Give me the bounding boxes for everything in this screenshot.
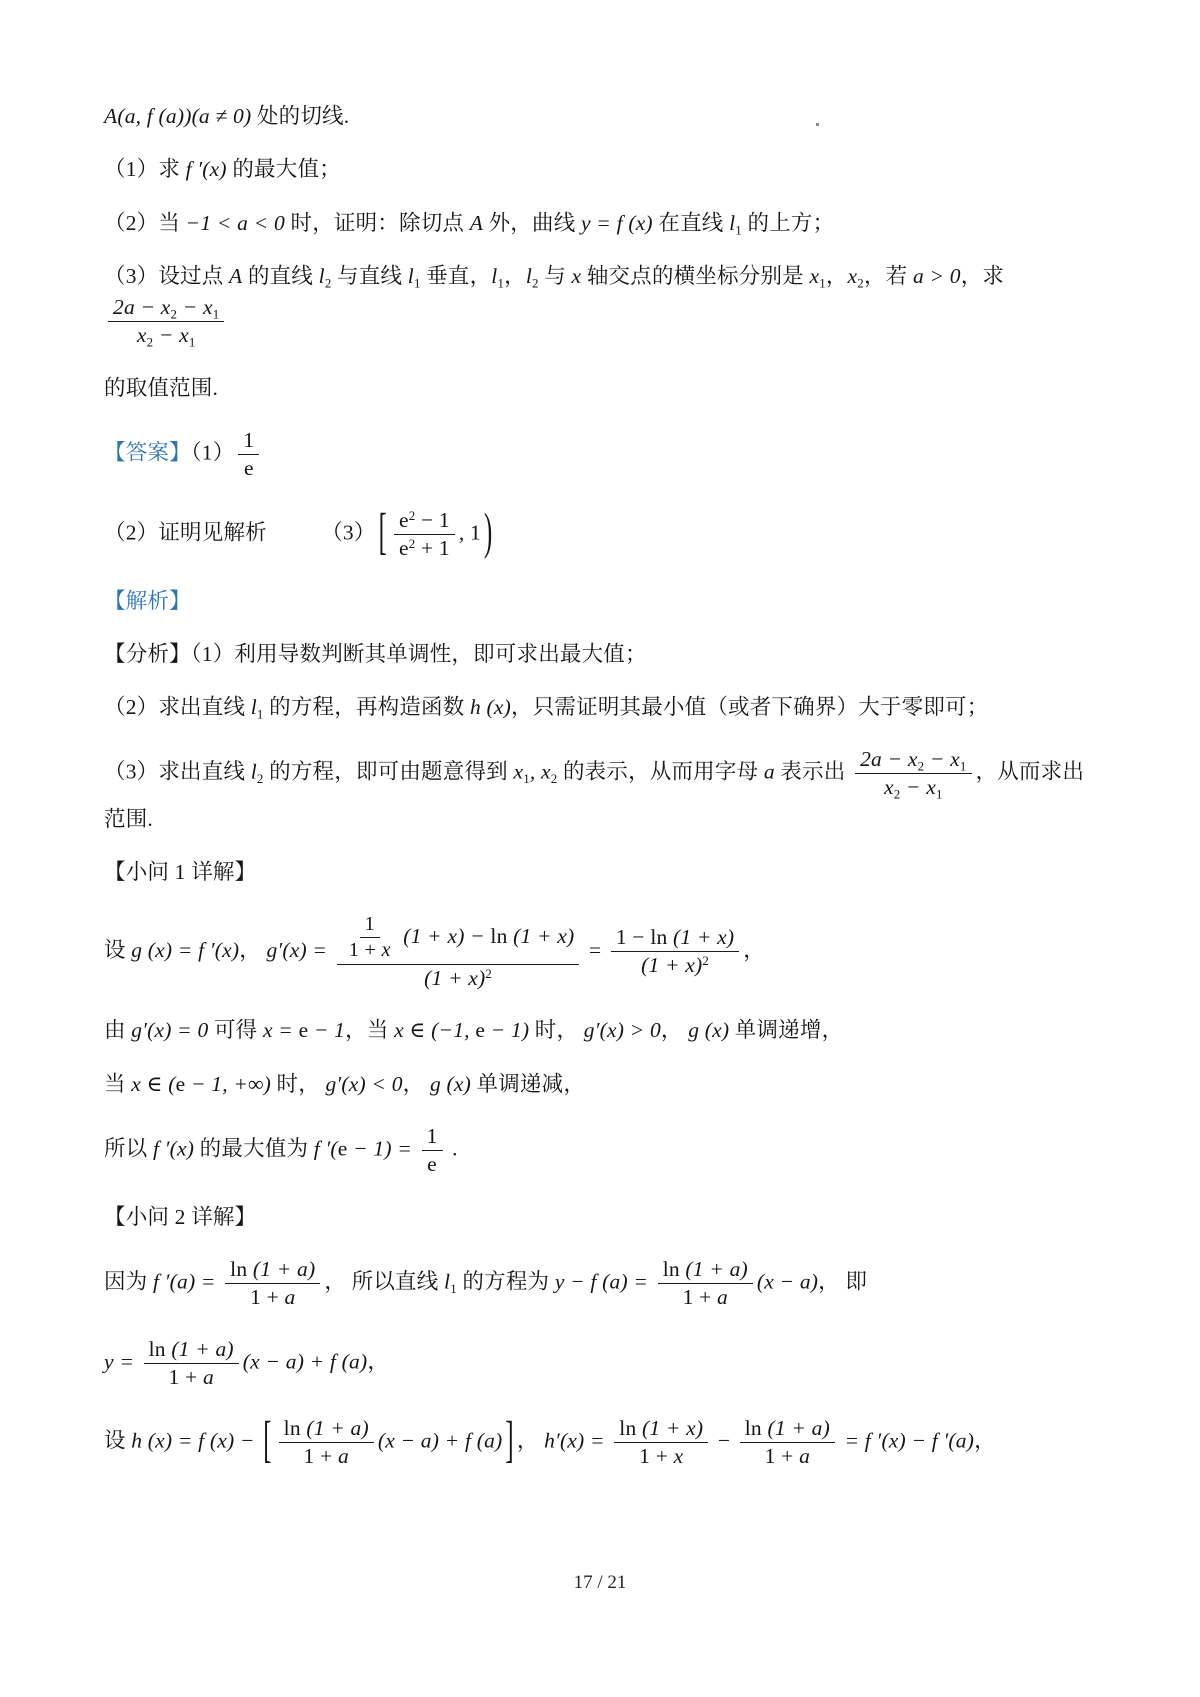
fraction-denominator: (1 + x)2: [636, 952, 714, 979]
page-number: 17 / 21: [0, 1572, 1200, 1594]
math-run: − 1, +∞): [185, 1072, 271, 1096]
text-run: ，: [504, 264, 526, 288]
fraction-numerator: ln (1 + a): [740, 1415, 835, 1443]
page: { "colors": { "accent_blue": "#2e74b5", …: [0, 0, 1200, 1697]
math-run: y − f (a) =: [555, 1269, 654, 1293]
math-run: x ∈ (−1,: [394, 1018, 475, 1042]
math-run: a: [717, 1285, 728, 1309]
subscript: 1: [819, 276, 826, 290]
text-run: ，当: [345, 1018, 394, 1042]
math-run: (1 + a): [306, 1416, 368, 1440]
text-run: （2）证明见解析: [104, 520, 267, 544]
math-run: (1 + a): [253, 1257, 315, 1281]
fraction-numerator: 11 + x (1 + x) − ln (1 + x): [337, 912, 580, 965]
fraction: ln (1 + a)1 + a: [658, 1256, 753, 1311]
text-run: 外，曲线: [483, 211, 581, 235]
text-run: （2）当: [104, 211, 186, 235]
math-run: x =: [263, 1018, 299, 1042]
fraction-numerator: ln (1 + a): [279, 1415, 374, 1443]
text-run: 【分析】（1）利用导数判断其单调性，即可求出最大值；: [104, 642, 647, 666]
math-run: a: [203, 1365, 214, 1389]
math-run: , 1: [459, 520, 481, 544]
math-run: (1 + x): [642, 1416, 703, 1440]
superscript: 2: [485, 966, 492, 980]
text-run: （1）: [191, 440, 235, 464]
math-run: .: [447, 1136, 458, 1160]
analysis-point-2: （2）求出直线 l1 的方程，再构造函数 h (x)，只需证明其最小值（或者下确…: [104, 691, 1100, 723]
math-run: g (x): [430, 1072, 471, 1096]
math-run: (1 + x): [641, 953, 702, 977]
math-run: 1 +: [250, 1285, 284, 1309]
math-run: 1 +: [639, 1444, 673, 1468]
text-run: 表示出: [775, 760, 851, 784]
text-run: 的上方；: [742, 211, 834, 235]
math-run: −: [712, 1429, 735, 1453]
text-run: 处的切线.: [251, 104, 349, 128]
subscript: 1: [523, 772, 530, 786]
text-run: 与: [539, 264, 572, 288]
math-run: x: [809, 264, 819, 288]
solution-2-h-function: 设 h (x) = f (x) − [ln (1 + a)1 + a(x − a…: [104, 1413, 1100, 1472]
math-run: (x − a) + f (a): [243, 1349, 368, 1373]
text-run: （3）设过点: [104, 264, 229, 288]
text-run: 因为: [104, 1269, 153, 1293]
text-run: 垂直，: [421, 264, 492, 288]
math-run: 2a − x: [113, 295, 171, 319]
math-run: f ′(x): [186, 157, 227, 181]
math-run: e: [399, 536, 409, 560]
fraction-numerator: ln (1 + x): [614, 1415, 708, 1443]
superscript: 2: [702, 954, 709, 968]
fraction: ln (1 + a)1 + a: [144, 1336, 239, 1391]
math-run: (1 + a): [767, 1416, 829, 1440]
subscript: 2: [857, 276, 864, 290]
math-run: − 1: [308, 1018, 345, 1042]
fraction: ln (1 + x)1 + x: [614, 1415, 708, 1470]
subscript: 1: [213, 308, 220, 322]
answer-line-2: （2）证明见解析 （3）[e2 − 1e2 + 1, 1): [104, 505, 1100, 564]
fraction-denominator: e: [239, 455, 259, 482]
fraction: 11 + x (1 + x) − ln (1 + x)(1 + x)2: [337, 912, 580, 992]
question-3-continued: 的取值范围.: [104, 372, 1100, 404]
math-run: x: [137, 323, 147, 347]
big-bracket: ]: [505, 1417, 513, 1468]
subscript: 1: [189, 335, 196, 349]
math-run: a: [285, 1285, 296, 1309]
math-run: − x: [177, 295, 213, 319]
math-run: a: [338, 1444, 349, 1468]
math-run: e: [244, 456, 254, 480]
math-run: A(a, f (a))(a ≠ 0): [104, 104, 251, 128]
subscript: 1: [936, 788, 943, 802]
math-run: (1 + x) −: [398, 923, 491, 947]
text-run: ，: [239, 937, 266, 961]
math-run: e: [475, 1018, 485, 1042]
math-run: (1 + x): [673, 925, 734, 949]
text-run: （1）求: [104, 157, 186, 181]
analysis-point-3: （3）求出直线 l2 的方程，即可由题意得到 x1, x2 的表示，从而用字母 …: [104, 744, 1100, 835]
fraction-denominator: 1 + a: [678, 1284, 733, 1311]
math-run: a > 0: [913, 264, 961, 288]
text-run: 时，证明：除切点: [285, 211, 470, 235]
text-run: 单调递减，: [471, 1072, 585, 1096]
fraction: e2 − 1e2 + 1: [394, 507, 455, 562]
math-run: e: [399, 508, 409, 532]
math-run: h′(x) =: [544, 1429, 610, 1453]
text-run: 设: [104, 937, 131, 961]
fraction-numerator: 2a − x2 − x1: [108, 294, 224, 322]
math-run: g′(x) =: [267, 937, 333, 961]
math-run: − 1: [415, 508, 449, 532]
math-run: g′(x) = 0: [131, 1018, 208, 1042]
text-run: ，求: [961, 264, 1004, 288]
fraction-numerator: ln (1 + a): [144, 1336, 239, 1364]
text-run: 的表示，从而用字母: [557, 760, 763, 784]
text-run: 时，: [529, 1018, 584, 1042]
answer-line-1: 【答案】（1）1e: [104, 425, 1100, 484]
fraction: 1e: [238, 427, 259, 482]
fraction: 11 + x: [344, 912, 396, 964]
math-run: g′(x) < 0: [326, 1072, 403, 1096]
math-run: 1 +: [304, 1444, 338, 1468]
math-run: x ∈ (: [131, 1072, 175, 1096]
text-run: 【小问 2 详解】: [104, 1205, 256, 1229]
text-run: ，: [743, 937, 765, 961]
fraction-numerator: 2a − x2 − x1: [855, 746, 971, 774]
fraction-numerator: 1 − ln (1 + x): [611, 924, 739, 952]
fraction-denominator: e: [422, 1151, 442, 1178]
text-run: 设: [104, 1429, 131, 1453]
math-run: a: [764, 760, 775, 784]
text-run: ， 所以直线: [324, 1269, 444, 1293]
text-run: 在直线: [653, 211, 729, 235]
math-run: e: [299, 1018, 309, 1042]
math-run: e: [176, 1072, 186, 1096]
fraction: 1e: [422, 1123, 443, 1178]
text-run: ，: [367, 1349, 389, 1373]
fraction: ln (1 + a)1 + a: [225, 1256, 320, 1311]
fraction-denominator: e2 + 1: [394, 535, 455, 562]
solution-2-line-equation: y = ln (1 + a)1 + a(x − a) + f (a)，: [104, 1334, 1100, 1393]
math-run: y = f (x): [581, 211, 653, 235]
math-run: x: [381, 939, 390, 961]
math-run: (x − a): [757, 1269, 818, 1293]
math-run: = f ′(x) − f ′(a): [839, 1429, 974, 1453]
math-run: e: [338, 1136, 348, 1160]
math-run: −1 < a < 0: [186, 211, 285, 235]
solution-1-derivative: 设 g (x) = f ′(x)， g′(x) = 11 + x (1 + x)…: [104, 910, 1100, 994]
math-run: 2a − x: [860, 747, 918, 771]
subscript: 1: [960, 760, 967, 774]
solution-1-increasing: 由 g′(x) = 0 可得 x = e − 1，当 x ∈ (−1, e − …: [104, 1014, 1100, 1046]
math-run: 1: [243, 428, 254, 452]
math-run: f ′(x): [153, 1136, 194, 1160]
math-run: A: [470, 211, 483, 235]
math-run: g (x) = f ′(x): [131, 937, 239, 961]
text-run: 时，: [271, 1072, 326, 1096]
math-run: − x: [924, 747, 960, 771]
math-run: x: [674, 1444, 684, 1468]
fraction-denominator: x2 − x1: [132, 322, 201, 349]
math-run: ln: [619, 1416, 642, 1440]
fraction-numerator: 1: [360, 912, 380, 939]
text-run: 当: [104, 1072, 131, 1096]
fraction: ln (1 + a)1 + a: [740, 1415, 835, 1470]
text-run: 所以: [104, 1136, 153, 1160]
math-run: , x: [530, 760, 551, 784]
solution-1-max-value: 所以 f ′(x) 的最大值为 f ′(e − 1) = 1e .: [104, 1121, 1100, 1180]
math-run: f ′(a) =: [153, 1269, 221, 1293]
fraction: ln (1 + a)1 + a: [279, 1415, 374, 1470]
math-run: ln: [284, 1416, 307, 1440]
text-run: 单调递增，: [729, 1018, 843, 1042]
math-run: 1 +: [765, 1444, 799, 1468]
math-run: 1 +: [349, 939, 382, 961]
math-run: f ′(: [314, 1136, 338, 1160]
big-bracket: ): [484, 509, 492, 560]
math-run: 1 +: [683, 1285, 717, 1309]
accent-label: 【解析】: [104, 589, 191, 613]
fraction: 2a − x2 − x1x2 − x1: [108, 294, 224, 349]
math-run: 1 +: [169, 1365, 203, 1389]
subscript: 1: [414, 276, 421, 290]
text-run: ， 即: [818, 1269, 867, 1293]
text-run: 的方程，再构造函数: [264, 695, 470, 719]
math-run: h (x): [470, 695, 511, 719]
subscript: 2: [257, 772, 264, 786]
fraction: 2a − x2 − x1x2 − x1: [855, 746, 971, 801]
math-run: h (x) = f (x) −: [131, 1429, 260, 1453]
text-run: ，: [517, 1429, 544, 1453]
fraction-numerator: 1: [238, 427, 259, 455]
fraction-numerator: 1: [422, 1123, 443, 1151]
math-run: (1 + a): [171, 1337, 233, 1361]
text-run: 的最大值；: [227, 157, 341, 181]
subscript: 1: [450, 1282, 457, 1296]
text-run: ，若: [864, 264, 913, 288]
math-run: − x: [153, 323, 189, 347]
fraction-denominator: 1 + a: [164, 1364, 219, 1391]
text-run: （3）求出直线: [104, 760, 251, 784]
text-run: ，只需证明其最小值（或者下确界）大于零即可；: [511, 695, 988, 719]
math-run: x: [884, 775, 894, 799]
fraction-denominator: x2 − x1: [879, 774, 948, 801]
math-run: ln: [745, 1416, 768, 1440]
math-run: ln: [490, 923, 513, 947]
math-run: x: [572, 264, 582, 288]
fraction-denominator: 1 + a: [245, 1284, 300, 1311]
text-run: 的方程为: [457, 1269, 555, 1293]
solution-1-decreasing: 当 x ∈ (e − 1, +∞) 时， g′(x) < 0， g (x) 单调…: [104, 1068, 1100, 1100]
big-bracket: [: [263, 1417, 271, 1468]
question-3: （3）设过点 A 的直线 l2 与直线 l1 垂直，l1，l2 与 x 轴交点的…: [104, 260, 1100, 351]
math-run: y =: [104, 1349, 140, 1373]
big-bracket: [: [379, 509, 387, 560]
fraction-denominator: 1 + x: [634, 1443, 688, 1470]
math-run: − 1) =: [348, 1136, 418, 1160]
text-run: （2）求出直线: [104, 695, 251, 719]
text-run: 可得: [208, 1018, 263, 1042]
math-run: − x: [900, 775, 936, 799]
fraction-denominator: 1 + a: [299, 1443, 354, 1470]
math-run: e: [427, 1152, 437, 1176]
fraction-denominator: 1 + a: [760, 1443, 815, 1470]
text-run: 【小问 1 详解】: [104, 860, 256, 884]
math-run: 1: [365, 913, 375, 935]
math-run: =: [583, 937, 606, 961]
math-run: a: [799, 1444, 810, 1468]
problem-intro-line: A(a, f (a))(a ≠ 0) 处的切线.: [104, 100, 1100, 132]
text-run: 的最大值为: [194, 1136, 314, 1160]
fraction: 1 − ln (1 + x)(1 + x)2: [611, 924, 739, 979]
text-run: 的直线: [242, 264, 318, 288]
text-run: 与直线: [331, 264, 407, 288]
text-run: ，: [826, 264, 848, 288]
question-1: （1）求 f ′(x) 的最大值；: [104, 153, 1100, 185]
math-run: 1: [427, 1124, 438, 1148]
solution-2-tangent-slope: 因为 f ′(a) = ln (1 + a)1 + a， 所以直线 l1 的方程…: [104, 1254, 1100, 1313]
math-run: (1 + x): [424, 966, 485, 990]
subscript: 1: [257, 708, 264, 722]
math-run: g′(x) > 0: [584, 1018, 661, 1042]
question-2: （2）当 −1 < a < 0 时，证明：除切点 A 外，曲线 y = f (x…: [104, 207, 1100, 239]
text-run: 的方程，即可由题意得到: [264, 760, 514, 784]
fraction-numerator: ln (1 + a): [658, 1256, 753, 1284]
math-run: + 1: [415, 536, 449, 560]
analysis-point-1: 【分析】（1）利用导数判断其单调性，即可求出最大值；: [104, 638, 1100, 670]
math-run: (x − a) + f (a): [378, 1429, 503, 1453]
text-run: ，: [661, 1018, 688, 1042]
math-run: x: [848, 264, 858, 288]
text-run: 的取值范围.: [104, 376, 218, 400]
math-run: − 1): [485, 1018, 529, 1042]
math-run: g (x): [688, 1018, 729, 1042]
text-run: 由: [104, 1018, 131, 1042]
math-run: 1 − ln: [616, 925, 673, 949]
text-run: ，: [974, 1429, 996, 1453]
subquestion-2-header: 【小问 2 详解】: [104, 1201, 1100, 1233]
accent-label: 【答案】: [104, 440, 191, 464]
fraction-numerator: ln (1 + a): [225, 1256, 320, 1284]
text-run: 轴交点的横坐标分别是: [581, 264, 809, 288]
subscript: 2: [532, 276, 539, 290]
math-run: ln: [230, 1257, 253, 1281]
fraction-denominator: (1 + x)2: [419, 965, 497, 992]
analysis-header: 【解析】: [104, 585, 1100, 617]
text-run: （3）: [267, 520, 376, 544]
document-body: A(a, f (a))(a ≠ 0) 处的切线.（1）求 f ′(x) 的最大值…: [104, 100, 1100, 1493]
math-run: x: [513, 760, 523, 784]
subquestion-1-header: 【小问 1 详解】: [104, 856, 1100, 888]
text-run: ，: [403, 1072, 430, 1096]
math-run: ln: [149, 1337, 172, 1361]
math-run: ln: [663, 1257, 686, 1281]
math-run: (1 + a): [685, 1257, 747, 1281]
math-run: (1 + x): [513, 923, 574, 947]
fraction-denominator: 1 + x: [344, 938, 396, 964]
subscript: 1: [735, 223, 742, 237]
fraction-numerator: e2 − 1: [394, 507, 455, 535]
math-run: A: [229, 264, 242, 288]
